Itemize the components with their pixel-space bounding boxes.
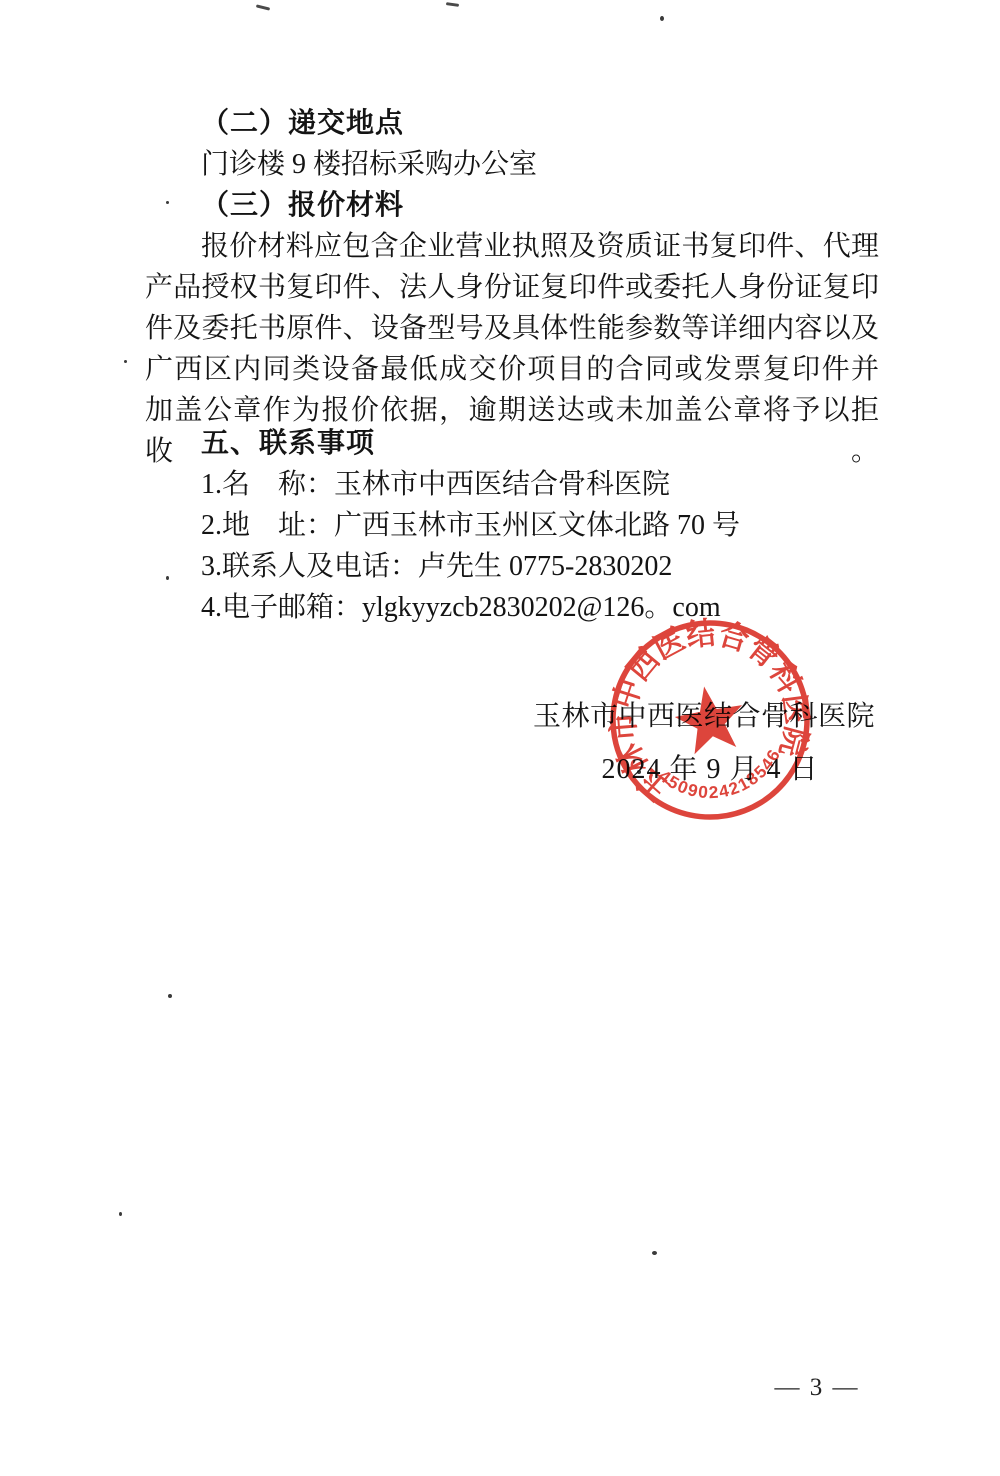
document-page: （二）递交地点 门诊楼 9 楼招标采购办公室 （三）报价材料 报价材料应包含企业… [0, 0, 1000, 1476]
heading-contact: 五、联系事项 [145, 423, 879, 464]
contact-line-phone: 3.联系人及电话：卢先生 0775-2830202 [145, 546, 879, 587]
paragraph-line: 广西区内同类设备最低成交价项目的合同或发票复印件并 [145, 349, 879, 390]
scan-speck [124, 360, 127, 363]
contact-line-name: 1.名 称：玉林市中西医结合骨科医院 [145, 464, 879, 505]
heading-delivery-place: （二）递交地点 [145, 103, 879, 144]
paragraph-line: 产品授权书复印件、法人身份证复印件或委托人身份证复印 [145, 267, 879, 308]
delivery-place-line: 门诊楼 9 楼招标采购办公室 [145, 144, 879, 185]
body-text-block: （二）递交地点 门诊楼 9 楼招标采购办公室 （三）报价材料 报价材料应包含企业… [145, 103, 879, 472]
star-icon [670, 681, 749, 757]
seal-serial-number: 4509024218546 [652, 743, 790, 812]
heading-quote-materials: （三）报价材料 [145, 185, 879, 226]
page-number: — 3 — [752, 1374, 882, 1402]
contact-line-address: 2.地 址：广西玉林市玉州区文体北路 70 号 [145, 505, 879, 546]
scan-speck [256, 4, 270, 10]
scan-speck [652, 1251, 657, 1255]
contact-block: 五、联系事项 1.名 称：玉林市中西医结合骨科医院 2.地 址：广西玉林市玉州区… [145, 423, 879, 628]
paragraph-line: 件及委托书原件、设备型号及具体性能参数等详细内容以及 [145, 308, 879, 349]
official-seal-stamp: 玉林市中西医结合骨科医院 4509024218546 [587, 597, 833, 843]
scan-speck [446, 2, 459, 7]
paragraph-line: 报价材料应包含企业营业执照及资质证书复印件、代理 [145, 226, 879, 267]
scan-speck [119, 1212, 122, 1216]
scan-speck [660, 16, 664, 21]
scan-speck [168, 994, 172, 998]
